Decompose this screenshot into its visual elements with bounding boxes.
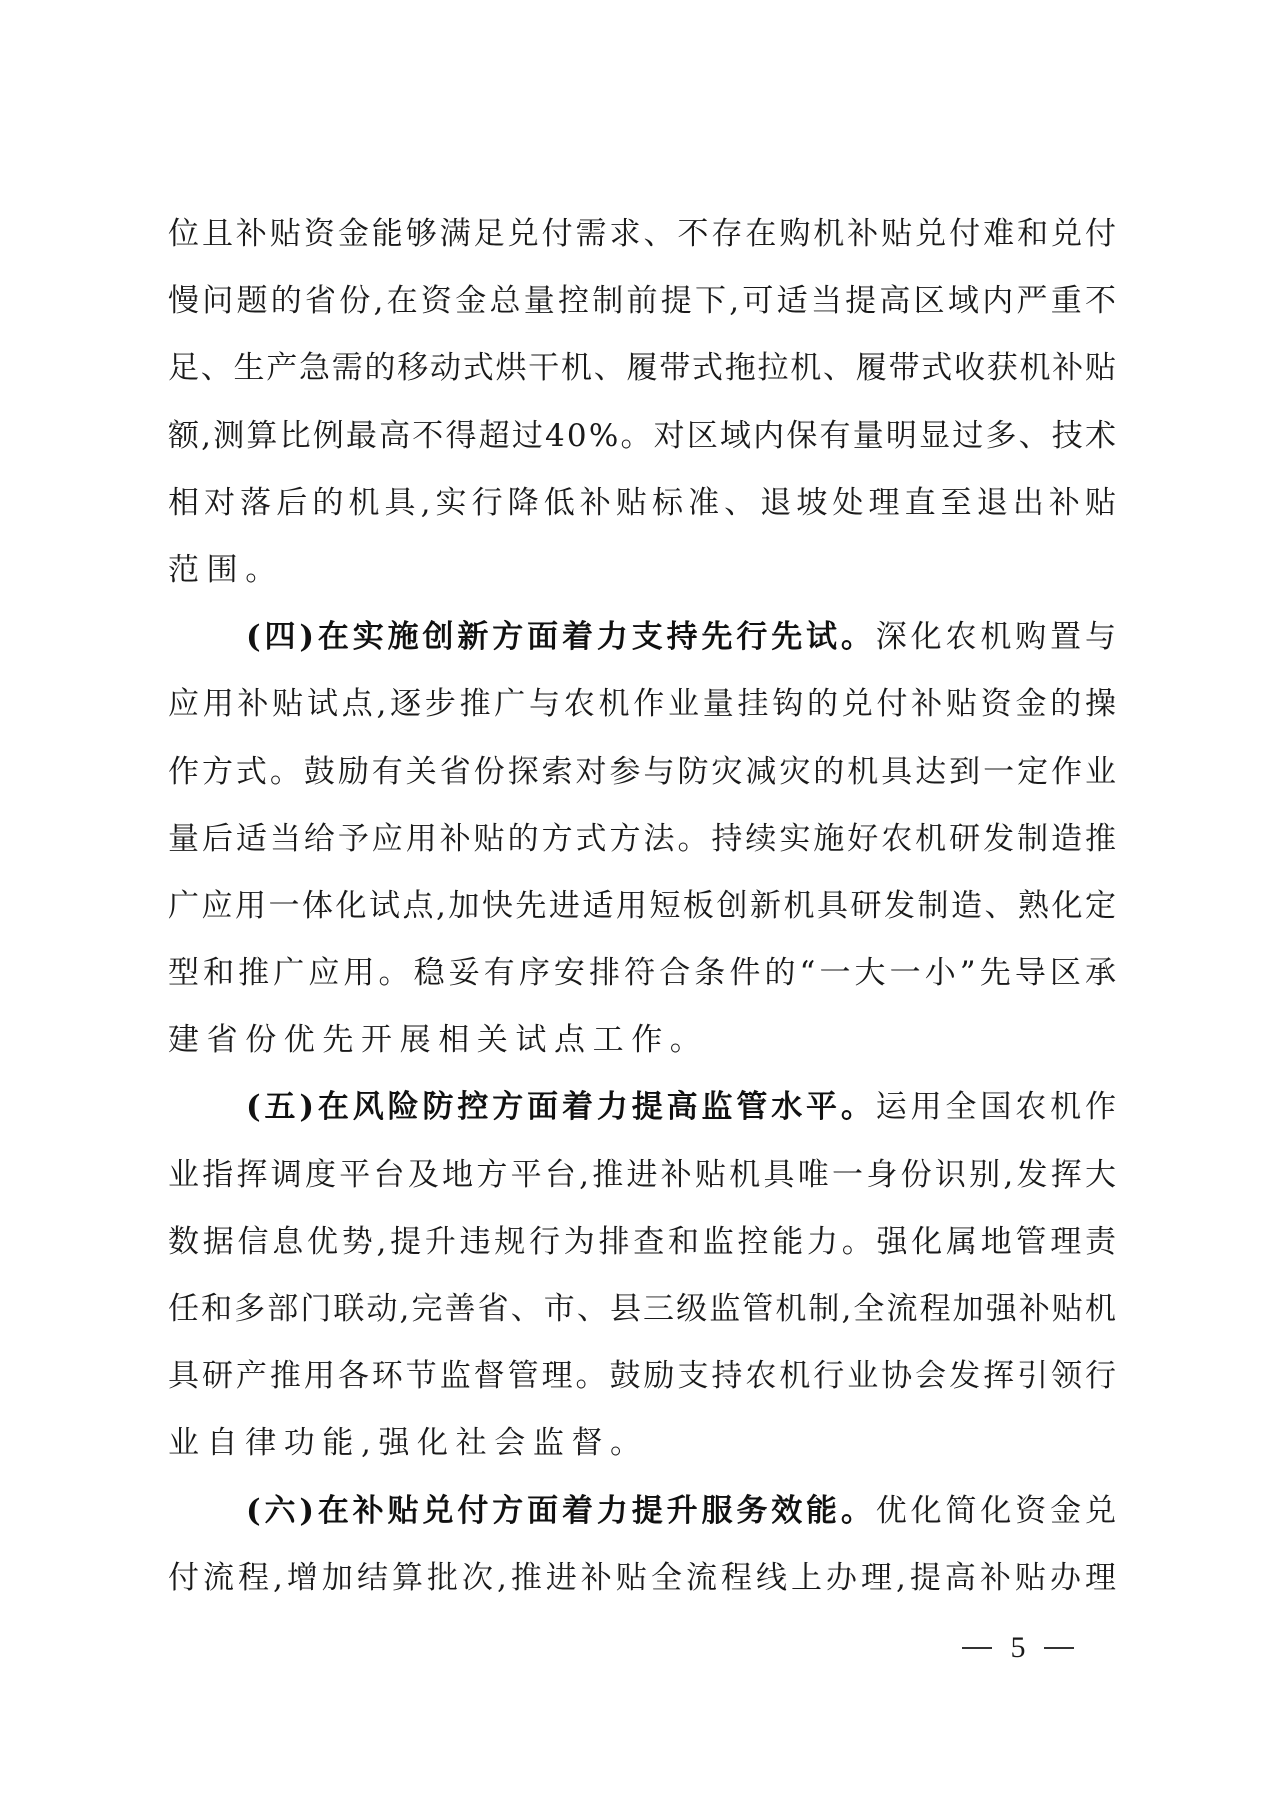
document-page: 位且补贴资金能够满足兑付需求、不存在购机补贴兑付难和兑付 慢问题的省份,在资金总… — [0, 0, 1280, 1810]
text-line: 慢问题的省份,在资金总量控制前提下,可适当提高区域内严重不 — [168, 268, 1116, 335]
text-line: 应用补贴试点,逐步推广与农机作业量挂钩的兑付补贴资金的操 — [168, 671, 1116, 738]
text-line: 量后适当给予应用补贴的方式方法。持续实施好农机研发制造推 — [168, 806, 1116, 873]
text-line: 额,测算比例最高不得超过40%。对区域内保有量明显过多、技术 — [168, 403, 1116, 470]
section-heading-line: (四)在实施创新方面着力支持先行先试。深化农机购置与 — [168, 604, 1116, 671]
text-line: 型和推广应用。稳妥有序安排符合条件的“一大一小”先导区承 — [168, 940, 1116, 1007]
document-body: 位且补贴资金能够满足兑付需求、不存在购机补贴兑付难和兑付 慢问题的省份,在资金总… — [168, 201, 1116, 1612]
section-heading-5: (五)在风险防控方面着力提高监管水平。 — [246, 1089, 876, 1125]
section-heading-line: (五)在风险防控方面着力提高监管水平。运用全国农机作 — [168, 1074, 1116, 1141]
text-line: 任和多部门联动,完善省、市、县三级监管机制,全流程加强补贴机 — [168, 1276, 1116, 1343]
text-line: 数据信息优势,提升违规行为排查和监控能力。强化属地管理责 — [168, 1209, 1116, 1276]
page-number-dash-right — [1044, 1647, 1074, 1649]
page-number-dash-left — [962, 1647, 992, 1649]
text-line: 相对落后的机具,实行降低补贴标准、退坡处理直至退出补贴 — [168, 470, 1116, 537]
section-heading-4: (四)在实施创新方面着力支持先行先试。 — [246, 619, 876, 655]
text-line: 广应用一体化试点,加快先进适用短板创新机具研发制造、熟化定 — [168, 873, 1116, 940]
text-line: 作方式。鼓励有关省份探索对参与防灾减灾的机具达到一定作业 — [168, 739, 1116, 806]
text-line: 位且补贴资金能够满足兑付需求、不存在购机补贴兑付难和兑付 — [168, 201, 1116, 268]
page-number-value: 5 — [1011, 1630, 1026, 1666]
text-line: 业指挥调度平台及地方平台,推进补贴机具唯一身份识别,发挥大 — [168, 1142, 1116, 1209]
text-line: 足、生产急需的移动式烘干机、履带式拖拉机、履带式收获机补贴 — [168, 335, 1116, 402]
text-line: 业自律功能,强化社会监督。 — [168, 1410, 1116, 1477]
text-line: 建省份优先开展相关试点工作。 — [168, 1007, 1116, 1074]
text-line: 具研产推用各环节监督管理。鼓励支持农机行业协会发挥引领行 — [168, 1343, 1116, 1410]
section-heading-6: (六)在补贴兑付方面着力提升服务效能。 — [246, 1493, 876, 1529]
text-line: 付流程,增加结算批次,推进补贴全流程线上办理,提高补贴办理 — [168, 1545, 1116, 1612]
text-line: 范围。 — [168, 537, 1116, 604]
section-heading-line: (六)在补贴兑付方面着力提升服务效能。优化简化资金兑 — [168, 1478, 1116, 1545]
page-number: 5 — [962, 1630, 1074, 1666]
